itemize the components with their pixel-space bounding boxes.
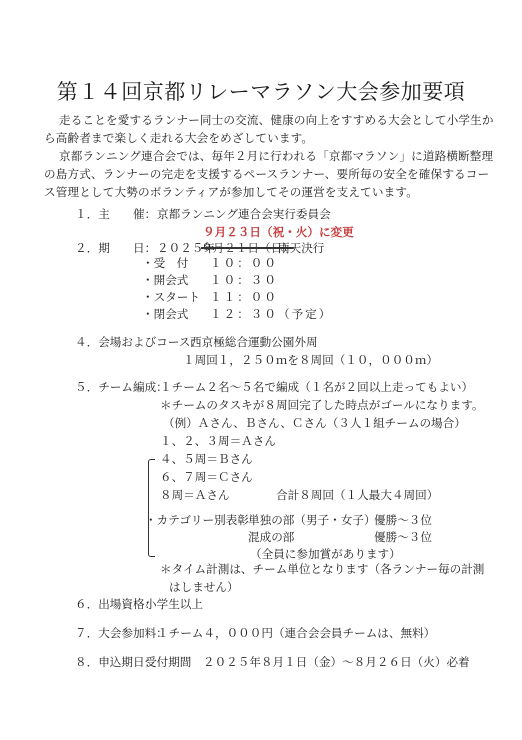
item-label: １．主 催： bbox=[75, 209, 156, 221]
award-division: 単独の部（男子・女子） bbox=[248, 515, 376, 527]
intro-line: 走ることを愛するランナー同士の交流、健康の向上をすすめる大会として小学生か bbox=[59, 112, 494, 128]
item-label: ８．申込期日： bbox=[75, 657, 156, 669]
example-row: ４、５周＝Ｂさん bbox=[160, 454, 253, 466]
schedule-label: ・受 付 bbox=[142, 258, 188, 270]
item-label: ７．大会参加料： bbox=[75, 628, 168, 640]
bracket-icon bbox=[148, 459, 155, 557]
item-value: 京都ランニング連合会実行委員会 bbox=[157, 209, 331, 221]
schedule-label: ・閉会式 bbox=[142, 309, 188, 321]
page-title: 第１４回京都リレーマラソン大会参加要項 bbox=[0, 76, 522, 106]
item-value: １チーム４，０００円（連合会会員チームは、無料） bbox=[157, 628, 435, 640]
awards-label: ・カテゴリー別表彰 bbox=[145, 515, 249, 527]
awards-note: （全員に参加賞があります） bbox=[250, 549, 401, 561]
schedule-label: ・開会式 bbox=[142, 275, 188, 287]
schedule-time: １０：００ bbox=[210, 258, 278, 270]
item-value: 西京極総合運動公園外周 bbox=[190, 337, 318, 349]
schedule-time: １２：３０（予定） bbox=[210, 309, 332, 321]
intro-line: ス管理として大勢のボランティアが参加してその運営を支えています。 bbox=[44, 184, 418, 200]
document-page: 第１４回京都リレーマラソン大会参加要項 走ることを愛するランナー同士の交流、健康… bbox=[0, 0, 522, 740]
award-division: 混成の部 bbox=[248, 532, 294, 544]
item-value: 受付期間 ２０２５年８月１日（金）～８月２６日（火）必着 bbox=[145, 657, 470, 669]
example-row: ８周＝Ａさん bbox=[160, 490, 230, 502]
schedule-time: １１：００ bbox=[210, 292, 278, 304]
intro-line: 京都ランニング連合会では、毎年２月に行われる「京都マラソン」に道路横断整理 bbox=[59, 148, 493, 164]
intro-line: ら高齢者まで楽しく走れる大会をめざしています。 bbox=[44, 130, 313, 146]
team-note: ＊チームのタスキが８周回完了した時点がゴールになります。 bbox=[160, 400, 483, 412]
item-value: 小学生以上 bbox=[145, 599, 203, 611]
intro-line: の島方式、ランナーの完走を支援するペースランナー、要所毎の安全を確保するコー bbox=[44, 166, 489, 182]
date-rain-note: 雨天決行 bbox=[278, 243, 324, 255]
item-value: １チーム２名～５名で編成（１名が２回以上走ってもよい） bbox=[160, 382, 473, 394]
item-label: ６．出場資格： bbox=[75, 599, 156, 611]
example-total: 合計８周回（１人最大４周回） bbox=[276, 490, 438, 502]
award-prize: 優勝～３位 bbox=[374, 532, 432, 544]
item-label: ２．期 日： bbox=[75, 243, 156, 255]
schedule-label: ・スタート bbox=[142, 292, 200, 304]
example-head: （例）Ａさん、Ｂさん、Ｃさん（３人１組チームの場合） bbox=[163, 418, 466, 430]
example-row: １、２、３周＝Ａさん bbox=[160, 436, 276, 448]
example-row: ６、７周＝Ｃさん bbox=[160, 472, 253, 484]
date-change-note: ９月２３日（祝・火）に変更 bbox=[203, 227, 354, 239]
timing-note: はしません） bbox=[169, 582, 239, 594]
item-label: ４．会場およびコース： bbox=[75, 337, 202, 349]
schedule-time: １０：３０ bbox=[210, 275, 278, 287]
award-prize: 優勝～３位 bbox=[374, 515, 432, 527]
item-label: ５．チーム編成： bbox=[75, 382, 168, 394]
venue-course: １周回１，２５０ｍを８周回（１０，０００ｍ） bbox=[183, 355, 438, 367]
timing-note: ＊タイム計測は、チーム単位となります（各ランナー毎の計測 bbox=[160, 564, 484, 576]
